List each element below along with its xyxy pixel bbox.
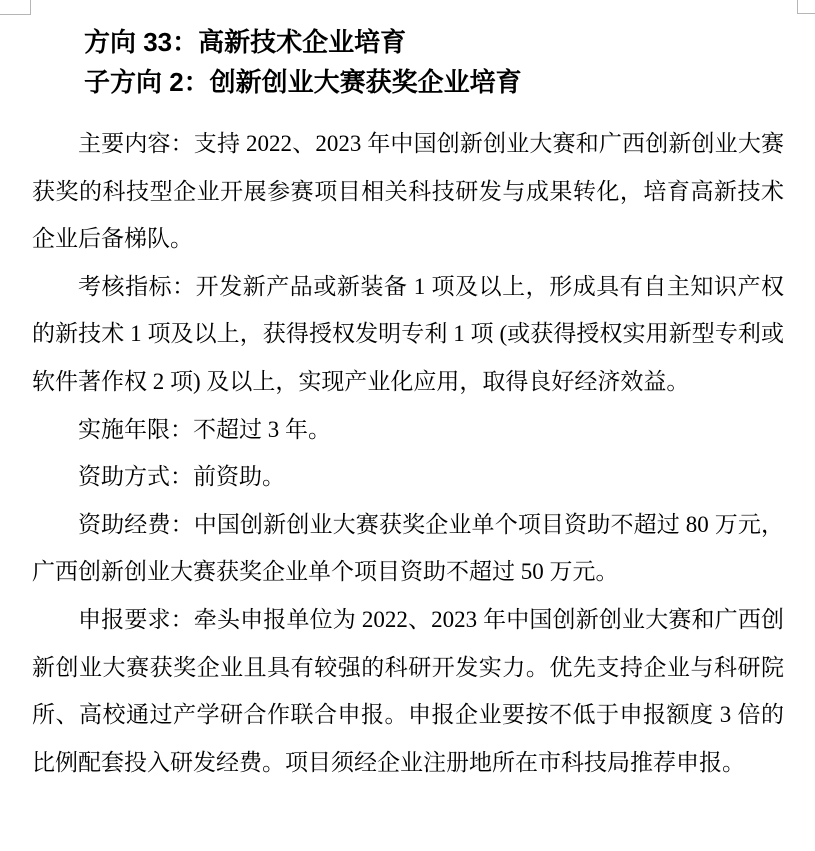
direction-heading: 方向 33：高新技术企业培育 — [32, 22, 784, 62]
document-body: 方向 33：高新技术企业培育 子方向 2：创新创业大赛获奖企业培育 主要内容：支… — [32, 0, 784, 786]
page-margin-corner-mark-top-right — [797, 0, 815, 14]
heading-block: 方向 33：高新技术企业培育 子方向 2：创新创业大赛获奖企业培育 — [32, 22, 784, 102]
paragraph-funding-method: 资助方式：前资助。 — [32, 453, 784, 501]
paragraph-funding-amount: 资助经费：中国创新创业大赛获奖企业单个项目资助不超过 80 万元，广西创新创业大… — [32, 501, 784, 596]
page-margin-corner-mark-top-left — [0, 0, 31, 15]
subdirection-heading: 子方向 2：创新创业大赛获奖企业培育 — [32, 62, 784, 102]
document-page: 方向 33：高新技术企业培育 子方向 2：创新创业大赛获奖企业培育 主要内容：支… — [0, 0, 815, 851]
paragraph-main-content: 主要内容：支持 2022、2023 年中国创新创业大赛和广西创新创业大赛获奖的科… — [32, 120, 784, 263]
paragraph-implementation-period: 实施年限：不超过 3 年。 — [32, 406, 784, 454]
paragraph-application-requirements: 申报要求：牵头申报单位为 2022、2023 年中国创新创业大赛和广西创新创业大… — [32, 596, 784, 786]
paragraph-assessment-indicators: 考核指标：开发新产品或新装备 1 项及以上，形成具有自主知识产权的新技术 1 项… — [32, 263, 784, 406]
